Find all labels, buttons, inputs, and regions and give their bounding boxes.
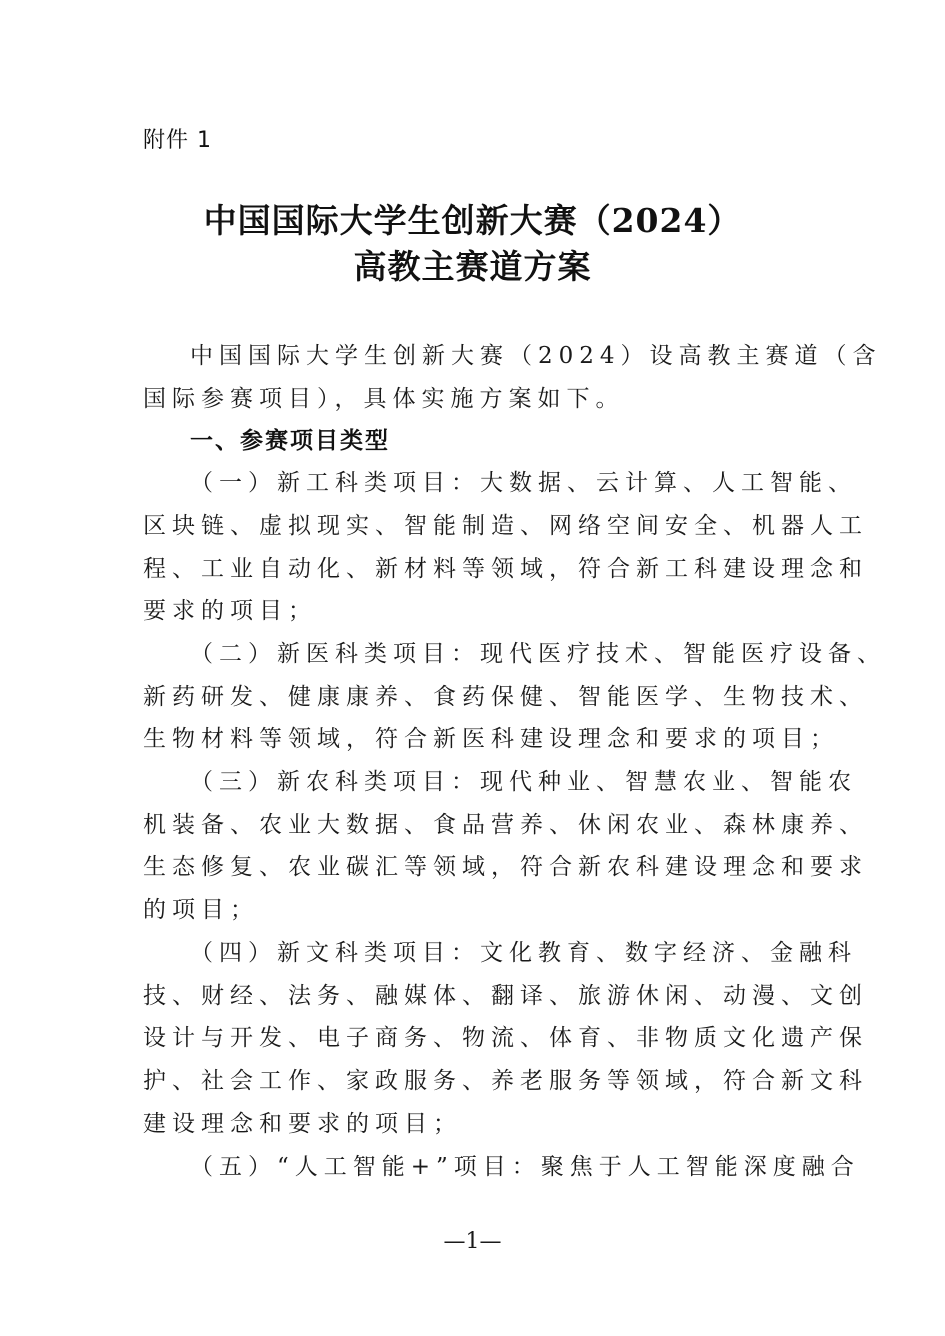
item-4-line: 设计与开发、电子商务、物流、体育、非物质文化遗产保 [143, 1022, 823, 1054]
attachment-label: 附件 1 [143, 126, 212, 156]
item-5-line: （五）“人工智能+”项目：聚焦于人工智能深度融合 [190, 1151, 870, 1183]
item-2-line: （二）新医科类项目：现代医疗技术、智能医疗设备、 [190, 638, 870, 670]
item-4-line: 护、社会工作、家政服务、养老服务等领域，符合新文科 [143, 1065, 823, 1097]
intro-paragraph-line: 国际参赛项目），具体实施方案如下。 [143, 383, 823, 415]
page-number: —1— [0, 1227, 945, 1257]
item-4-line: 技、财经、法务、融媒体、翻译、旅游休闲、动漫、文创 [143, 980, 823, 1012]
item-3-line: 机装备、农业大数据、食品营养、休闲农业、森林康养、 [143, 809, 823, 841]
item-3-line: （三）新农科类项目：现代种业、智慧农业、智能农 [190, 766, 870, 798]
intro-paragraph-line: 中国国际大学生创新大赛（2024）设高教主赛道（含 [190, 340, 870, 372]
item-2-line: 新药研发、健康康养、食药保健、智能医学、生物技术、 [143, 681, 823, 713]
item-1-line: 要求的项目； [143, 595, 823, 627]
item-2-line: 生物材料等领域，符合新医科建设理念和要求的项目； [143, 723, 823, 755]
item-3-line: 的项目； [143, 894, 823, 926]
document-title-line-1: 中国国际大学生创新大赛（2024） [0, 199, 945, 243]
item-4-line: （四）新文科类项目：文化教育、数字经济、金融科 [190, 937, 870, 969]
item-3-line: 生态修复、农业碳汇等领域，符合新农科建设理念和要求 [143, 851, 823, 883]
item-1-line: 程、工业自动化、新材料等领域，符合新工科建设理念和 [143, 553, 823, 585]
item-4-line: 建设理念和要求的项目； [143, 1108, 823, 1140]
document-title-line-2: 高教主赛道方案 [0, 245, 945, 289]
item-1-line: （一）新工科类项目：大数据、云计算、人工智能、 [190, 467, 870, 499]
item-1-line: 区块链、虚拟现实、智能制造、网络空间安全、机器人工 [143, 510, 823, 542]
document-page: 附件 1 中国国际大学生创新大赛（2024） 高教主赛道方案 中国国际大学生创新… [0, 0, 945, 1336]
section-heading: 一、参赛项目类型 [190, 425, 390, 457]
